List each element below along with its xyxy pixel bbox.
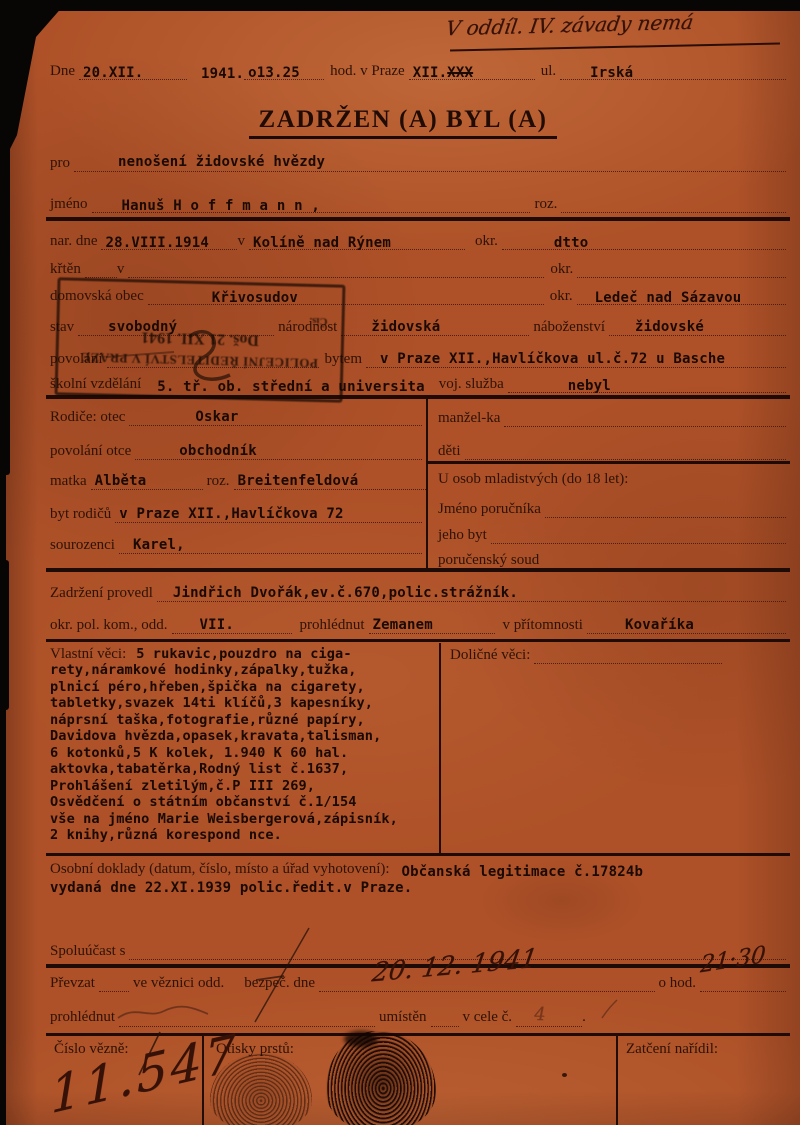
dotted-line: Kovaříka [587, 615, 786, 634]
dotted-line [504, 412, 786, 427]
handwritten-cell-number: 4 [520, 1005, 545, 1026]
baptized-label: křtěn [50, 261, 85, 278]
belongings-label: Vlastní věci: [50, 646, 136, 662]
spouse-row: manžel-ka [438, 410, 786, 427]
minors-box-top-rule [426, 461, 790, 464]
birth-label: nar. dne [50, 233, 101, 250]
commissariat-label: okr. pol. kom., odd. [50, 617, 172, 634]
dotted-line [99, 977, 129, 992]
documents-value-line2: vydaná dne 22.XI.1939 polic.ředit.v Praz… [50, 880, 412, 896]
father-row: Rodiče: otec Oskar [50, 407, 422, 426]
scan-edge-left-lower [6, 560, 9, 710]
presence-label: v přítomnosti [503, 617, 587, 634]
religion-value: židovské [613, 319, 704, 335]
dotted-line [85, 263, 117, 278]
hod-label: hod. v Praze [330, 63, 409, 80]
residence-value: v Praze XII.,Havlíčkova ul.č.72 u Basche [370, 351, 725, 367]
fingerprint-right [326, 1031, 436, 1125]
document-scan: V oddíl. IV. závady nemá Dne 20.XII. 194… [0, 0, 800, 1125]
column-divider [426, 399, 428, 569]
dotted-line [577, 263, 786, 278]
minors-title-row: U osob mladistvých (do 18 let): [438, 471, 786, 488]
dotted-line [128, 263, 544, 278]
form-title: ZADRŽEN (A) BYL (A) [249, 106, 558, 139]
section-rule [46, 853, 790, 856]
belongings-line: aktovka,tabatěrka,Rodný list č.1637, [50, 761, 438, 777]
ink-dot [562, 1073, 567, 1077]
parents-address-value: v Praze XII.,Havlíčkova 72 [119, 506, 343, 522]
belongings-line: plnicí péro,hřeben,špička na cigarety, [50, 679, 438, 695]
time-value: o13.25 [248, 65, 300, 81]
dotted-line: Oskar [129, 407, 422, 426]
form-paper: V oddíl. IV. závady nemá Dne 20.XII. 194… [6, 5, 800, 1125]
birth-okr-label: okr. [475, 233, 502, 250]
mother-value: Alběta [95, 473, 147, 489]
police-received-stamp: POLICEJNÍ ŘEDITELSTVÍ V PRAZE Doš. 21 XI… [55, 277, 346, 402]
cell-label: v cele č. [463, 1009, 517, 1026]
children-label: děti [438, 443, 465, 460]
dotted-line: židovská [341, 317, 529, 336]
evidence-label: Doličné věci: [450, 647, 534, 664]
dotted-line: v Praze XII.,Havlíčkova 72 [115, 504, 422, 523]
baptized-row: křtěn v okr. [50, 261, 786, 278]
presence-value: Kovaříka [591, 617, 694, 633]
birth-v-label: v [237, 233, 249, 250]
form-title-wrap: ZADRŽEN (A) BYL (A) [6, 106, 800, 139]
prison-dept-label: ve věznici odd. [133, 975, 228, 992]
dotted-line: XII. XXX [409, 63, 535, 80]
belongings-line: 2 knihy,různá korespond nce. [50, 827, 438, 843]
dotted-line: 20.XII. [79, 63, 187, 80]
complicity-label: Spoluúčast s [50, 943, 129, 960]
religion-label: náboženství [533, 319, 609, 336]
spouse-label: manžel-ka [438, 410, 504, 427]
baptized-okr-label: okr. [550, 261, 577, 278]
arrest-ordered-cell: Zatčení nařídil: [626, 1041, 718, 1058]
birth-okr-value: dtto [506, 235, 589, 251]
footer-divider-2 [616, 1035, 618, 1125]
stamp-line2: Doš. 21 XII. 1941 [141, 327, 259, 348]
siblings-value: Karel, [123, 537, 185, 553]
stamp-line3: Čís. [309, 315, 327, 327]
father-label: Rodiče: otec [50, 409, 129, 426]
dotted-line [431, 1012, 459, 1027]
cell-row: prohlédnut umístěn v cele č. 4 . [50, 1005, 610, 1027]
cell-period: . [582, 1009, 590, 1026]
home-okr-label: okr. [550, 288, 577, 305]
belongings-divider [439, 643, 441, 853]
birth-row: nar. dne 28.VIII.1914 v Kolíně nad Rýnem… [50, 233, 786, 250]
searched-by-value: Zemanem [373, 617, 433, 633]
father-occupation-value: obchodník [139, 443, 257, 459]
belongings-line: vše na jméno Marie Weisbergerová,zápisní… [50, 811, 438, 827]
guardian-address-row: jeho byt [438, 527, 786, 544]
commissariat-value: VII. [176, 617, 235, 633]
reason-value: nenošení židovské hvězdy [78, 154, 325, 170]
stamp-line1: POLICEJNÍ ŘEDITELSTVÍ V PRAZE [81, 349, 318, 371]
guardian-name-row: Jméno poručníka [438, 501, 786, 518]
street-value: Irská [564, 65, 633, 81]
belongings-line: 6 kotonků,5 K kolek, 1.940 K 60 hal. [50, 745, 438, 761]
nationality-value: židovská [345, 319, 440, 335]
dotted-line [543, 554, 786, 569]
dotted-line: Karel, [119, 535, 422, 554]
dotted-line [465, 445, 787, 460]
scan-edge-left [6, 145, 10, 475]
street-label: ul. [541, 63, 560, 80]
at-hour-label: o hod. [659, 975, 701, 992]
belongings-line: Osvědčení o státním občanství č.1/154 [50, 794, 438, 810]
dotted-line: Hanuš H o f f m a n n , [92, 196, 530, 213]
name-label: jméno [50, 196, 92, 213]
dotted-line [119, 1012, 375, 1027]
dotted-line: nebyl [508, 376, 786, 393]
dotted-line: Ledeč nad Sázavou [577, 288, 786, 305]
reason-label: pro [50, 155, 74, 172]
dotted-line: židovské [609, 317, 786, 336]
belongings-line: Davidova hvězda,opasek,kravata,talisman, [50, 728, 438, 744]
mother-row: matka Alběta roz. Breitenfeldová [50, 471, 426, 490]
handwritten-note-underline [450, 43, 780, 52]
documents-row: Osobní doklady (datum, číslo, místo a úř… [50, 861, 786, 878]
handwritten-prisoner-number: 11.547 [50, 1023, 239, 1125]
dotted-line: nenošení židovské hvězdy [74, 152, 786, 172]
father-value: Oskar [133, 409, 238, 425]
dotted-line: Irská [560, 63, 786, 80]
dotted-line: v Praze XII.,Havlíčkova ul.č.72 u Basche [366, 349, 786, 368]
dotted-line [700, 977, 786, 992]
date-value: 20.XII. [83, 65, 143, 81]
belongings-line: Prohlášení zletilým,č.P III 269, [50, 778, 438, 794]
evidence-row: Doličné věci: [450, 647, 780, 664]
guardian-court-row: poručenský soud [438, 552, 786, 569]
parents-address-label: byt rodičů [50, 506, 115, 523]
guardian-address-label: jeho byt [438, 527, 491, 544]
birth-place-value: Kolíně nad Rýnem [253, 235, 391, 251]
father-occupation-row: povolání otce obchodník [50, 441, 422, 460]
baptized-v-label: v [117, 261, 129, 278]
guardian-name-label: Jméno poručníka [438, 501, 545, 518]
dotted-line: o13.25 [244, 63, 324, 80]
dotted-line: obchodník [135, 441, 422, 460]
arresting-officer-label: Zadržení provedl [50, 585, 157, 602]
dotted-line: dtto [502, 233, 786, 250]
arrest-ordered-label: Zatčení nařídil: [626, 1041, 718, 1058]
mother-maiden-label: roz. [207, 473, 234, 490]
belongings-line: náprsní taška,fotografie,různé papíry, [50, 712, 438, 728]
dotted-line: 28.VIII.1914 [101, 233, 237, 250]
documents-row2: vydaná dne 22.XI.1939 polic.ředit.v Praz… [50, 878, 786, 894]
handwritten-note-top: V oddíl. IV. závady nemá [444, 10, 695, 41]
district-struck-value: XXX [447, 65, 473, 81]
mother-maiden-value: Breitenfeldová [238, 473, 359, 489]
belongings-line: rety,náramkové hodinky,zápalky,tužka, [50, 662, 438, 678]
documents-label: Osobní doklady (datum, číslo, místo a úř… [50, 861, 394, 878]
parents-address-row: byt rodičů v Praze XII.,Havlíčkova 72 [50, 504, 422, 523]
dotted-line [561, 198, 786, 213]
dotted-line: VII. [172, 615, 292, 634]
dotted-line [534, 649, 722, 664]
name-row: jméno Hanuš H o f f m a n n , roz. [50, 196, 786, 213]
security-dept-label: bezpeč. dne [244, 975, 319, 992]
birth-date-value: 28.VIII.1914 [105, 235, 209, 251]
military-value: nebyl [512, 378, 611, 394]
maiden-label: roz. [535, 196, 562, 213]
dotted-line: Alběta [91, 471, 203, 490]
date-row: Dne 20.XII. 1941. o13.25 hod. v Praze XI… [50, 63, 786, 80]
father-occupation-label: povolání otce [50, 443, 135, 460]
dotted-line: Zemanem [369, 615, 495, 634]
year-value: 1941. [201, 66, 244, 82]
home-okr-value: Ledeč nad Sázavou [581, 290, 742, 306]
placed-label: umístěn [379, 1009, 431, 1026]
siblings-row: sourozenci Karel, [50, 535, 422, 554]
dotted-line [319, 977, 655, 992]
dotted-line: Breitenfeldová [234, 471, 426, 490]
date-label: Dne [50, 63, 79, 80]
belongings-line: 5 rukavic,pouzdro na ciga- [136, 646, 351, 662]
guardian-court-label: poručenský soud [438, 552, 543, 569]
searched-label: prohlédnut [50, 1009, 119, 1026]
section-rule [46, 1033, 790, 1036]
scan-edge-top [6, 5, 800, 11]
mother-label: matka [50, 473, 91, 490]
dotted-line: 4 [516, 1005, 582, 1027]
fingerprint-smudge [344, 1031, 378, 1047]
arresting-officer-value: Jindřich Dvořák,ev.č.670,polic.strážník. [161, 585, 518, 601]
commissariat-row: okr. pol. kom., odd. VII. prohlédnut Zem… [50, 615, 786, 634]
searched-by-label: prohlédnut [300, 617, 369, 634]
belongings-line: tabletky,svazek 14ti klíčů,3 kapesníky, [50, 695, 438, 711]
district-value: XII. [413, 65, 448, 81]
belongings-block: Vlastní věci: 5 rukavic,pouzdro na ciga-… [50, 646, 438, 843]
arresting-officer-row: Zadržení provedl Jindřich Dvořák,ev.č.67… [50, 583, 786, 602]
dotted-line [545, 503, 786, 518]
section-rule [46, 639, 790, 642]
children-row: děti [438, 443, 786, 460]
intake-label: Převzat [50, 975, 99, 992]
military-label: voj. služba [439, 376, 508, 393]
section-rule [46, 217, 790, 221]
dotted-line [491, 529, 786, 544]
name-value: Hanuš H o f f m a n n , [96, 198, 320, 214]
siblings-label: sourozenci [50, 537, 119, 554]
reason-row: pro nenošení židovské hvězdy [50, 152, 786, 172]
dotted-line: Jindřich Dvořák,ev.č.670,polic.strážník. [157, 583, 786, 602]
minors-title: U osob mladistvých (do 18 let): [438, 471, 628, 488]
dotted-line: Kolíně nad Rýnem [249, 233, 465, 250]
section-rule [46, 568, 790, 572]
